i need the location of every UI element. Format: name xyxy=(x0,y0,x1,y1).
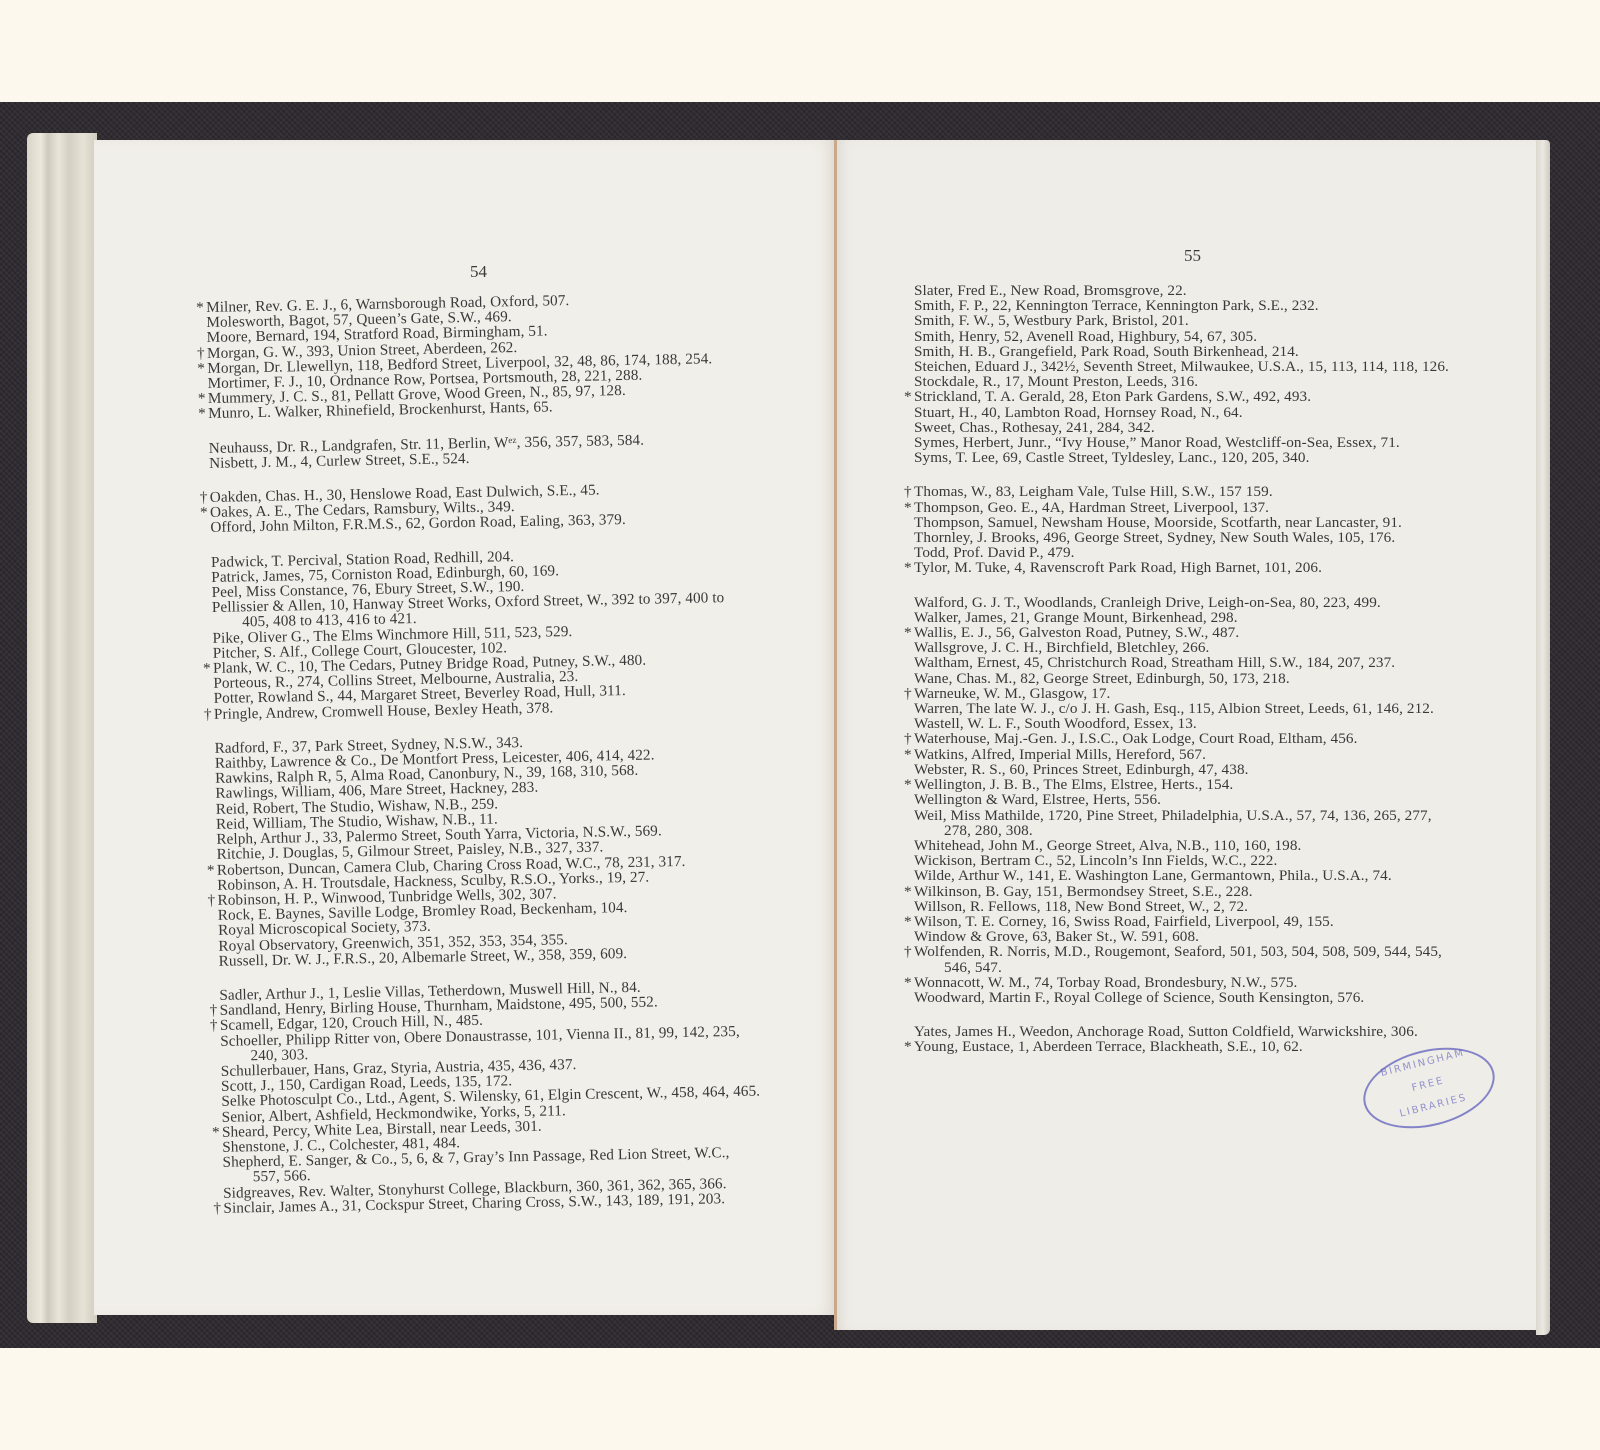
entry-text: Syms, T. Lee, 69, Castle Street, Tyldesl… xyxy=(914,449,1309,466)
list-item: Wane, Chas. M., 82, George Street, Edinb… xyxy=(914,671,1449,686)
dagger-marker: † xyxy=(210,1003,218,1018)
section-gap xyxy=(914,465,1449,484)
list-item: Weil, Miss Mathilde, 1720, Pine Street, … xyxy=(914,808,1449,838)
entry-list: *Milner, Rev. G. E. J., 6, Warnsborough … xyxy=(206,290,762,1216)
list-item: †Thomas, W., 83, Leigham Vale, Tulse Hil… xyxy=(914,484,1449,499)
asterisk-marker: * xyxy=(198,406,206,421)
dagger-marker: † xyxy=(207,893,215,908)
list-item: Todd, Prof. David P., 479. xyxy=(914,545,1449,560)
list-item: *Tylor, M. Tuke, 4, Ravenscroft Park Roa… xyxy=(914,560,1449,575)
asterisk-marker: * xyxy=(212,1125,220,1140)
entry-text: Tylor, M. Tuke, 4, Ravenscroft Park Road… xyxy=(914,559,1322,576)
dagger-marker: † xyxy=(904,484,912,499)
section-gap xyxy=(914,1005,1449,1024)
dagger-marker: † xyxy=(904,686,912,701)
right-page: 55 Slater, Fred E., New Road, Bromsgrove… xyxy=(836,140,1536,1330)
dagger-marker: † xyxy=(904,731,912,746)
list-item: Warren, The late W. J., c/o J. H. Gash, … xyxy=(914,701,1449,716)
section-gap xyxy=(914,576,1449,595)
list-item: *Wallis, E. J., 56, Galveston Road, Putn… xyxy=(914,625,1449,640)
list-item: Slater, Fred E., New Road, Bromsgrove, 2… xyxy=(914,283,1449,298)
asterisk-marker: * xyxy=(904,625,912,640)
list-item: Window & Grove, 63, Baker St., W. 591, 6… xyxy=(914,929,1449,944)
asterisk-marker: * xyxy=(904,1039,912,1054)
list-item: Woodward, Martin F., Royal College of Sc… xyxy=(914,990,1449,1005)
entry-text: Weil, Miss Mathilde, 1720, Pine Street, … xyxy=(914,807,1432,824)
list-item: Waltham, Ernest, 45, Christchurch Road, … xyxy=(914,655,1449,670)
list-item: Smith, F. P., 22, Kennington Terrace, Ke… xyxy=(914,298,1449,313)
list-item: Wastell, W. L. F., South Woodford, Essex… xyxy=(914,716,1449,731)
list-item: Syms, T. Lee, 69, Castle Street, Tyldesl… xyxy=(914,450,1449,465)
asterisk-marker: * xyxy=(904,500,912,515)
asterisk-marker: * xyxy=(198,391,206,406)
list-item: Walker, James, 21, Grange Mount, Birkenh… xyxy=(914,610,1449,625)
list-item: *Wilkinson, B. Gay, 151, Bermondsey Stre… xyxy=(914,884,1449,899)
list-item: Symes, Herbert, Junr., “Ivy House,” Mano… xyxy=(914,435,1449,450)
entry-continuation: 546, 547. xyxy=(914,960,1449,975)
list-item: Thompson, Samuel, Newsham House, Moorsid… xyxy=(914,515,1449,530)
list-item: *Watkins, Alfred, Imperial Mills, Herefo… xyxy=(914,747,1449,762)
dagger-marker: † xyxy=(210,1018,218,1033)
dagger-marker: † xyxy=(213,1201,221,1216)
list-item: *Wonnacott, W. M., 74, Torbay Road, Bron… xyxy=(914,975,1449,990)
list-item: *Strickland, T. A. Gerald, 28, Eton Park… xyxy=(914,389,1449,404)
asterisk-marker: * xyxy=(904,975,912,990)
list-item: Stockdale, R., 17, Mount Preston, Leeds,… xyxy=(914,374,1449,389)
list-item: *Thompson, Geo. E., 4A, Hardman Street, … xyxy=(914,500,1449,515)
list-item: *Young, Eustace, 1, Aberdeen Terrace, Bl… xyxy=(914,1039,1449,1054)
book-gutter xyxy=(834,140,837,1330)
list-item: *Wellington, J. B. B., The Elms, Elstree… xyxy=(914,777,1449,792)
list-item: *Wilson, T. E. Corney, 16, Swiss Road, F… xyxy=(914,914,1449,929)
dagger-marker: † xyxy=(200,490,208,505)
list-item: Smith, H. B., Grangefield, Park Road, So… xyxy=(914,344,1449,359)
asterisk-marker: * xyxy=(200,505,208,520)
page-number: 55 xyxy=(1184,246,1201,266)
list-item: Wallsgrove, J. C. H., Birchfield, Bletch… xyxy=(914,640,1449,655)
asterisk-marker: * xyxy=(904,747,912,762)
dagger-marker: † xyxy=(204,707,212,722)
page-edges-right xyxy=(1536,140,1550,1335)
asterisk-marker: * xyxy=(196,300,204,315)
page-number: 54 xyxy=(470,262,487,282)
list-item: Whitehead, John M., George Street, Alva,… xyxy=(914,838,1449,853)
list-item: Wellington & Ward, Elstree, Herts, 556. xyxy=(914,792,1449,807)
entry-text: Wolfenden, R. Norris, M.D., Rougemont, S… xyxy=(914,943,1442,960)
list-item: Willson, R. Fellows, 118, New Bond Stree… xyxy=(914,899,1449,914)
list-item: Wickison, Bertram C., 52, Lincoln’s Inn … xyxy=(914,853,1449,868)
asterisk-marker: * xyxy=(207,862,215,877)
list-item: Smith, F. W., 5, Westbury Park, Bristol,… xyxy=(914,313,1449,328)
list-item: Thornley, J. Brooks, 496, George Street,… xyxy=(914,530,1449,545)
list-item: †Waterhouse, Maj.-Gen. J., I.S.C., Oak L… xyxy=(914,731,1449,746)
left-page: 54 *Milner, Rev. G. E. J., 6, Warnsborou… xyxy=(94,140,836,1315)
list-item: Smith, Henry, 52, Avenell Road, Highbury… xyxy=(914,329,1449,344)
entry-text: Young, Eustace, 1, Aberdeen Terrace, Bla… xyxy=(914,1038,1303,1055)
list-item: Wilde, Arthur W., 141, E. Washington Lan… xyxy=(914,868,1449,883)
asterisk-marker: * xyxy=(904,560,912,575)
dagger-marker: † xyxy=(904,944,912,959)
asterisk-marker: * xyxy=(203,661,211,676)
list-item: Sweet, Chas., Rothesay, 241, 284, 342. xyxy=(914,420,1449,435)
asterisk-marker: * xyxy=(904,884,912,899)
list-item: Stuart, H., 40, Lambton Road, Hornsey Ro… xyxy=(914,405,1449,420)
list-item: Yates, James H., Weedon, Anchorage Road,… xyxy=(914,1024,1449,1039)
list-item: Walford, G. J. T., Woodlands, Cranleigh … xyxy=(914,595,1449,610)
entry-text: Woodward, Martin F., Royal College of Sc… xyxy=(914,989,1364,1006)
page-edges-left xyxy=(27,133,97,1323)
asterisk-marker: * xyxy=(904,914,912,929)
dagger-marker: † xyxy=(197,346,205,361)
asterisk-marker: * xyxy=(197,361,205,376)
entry-continuation: 278, 280, 308. xyxy=(914,823,1449,838)
list-item: †Wolfenden, R. Norris, M.D., Rougemont, … xyxy=(914,944,1449,974)
list-item: Webster, R. S., 60, Princes Street, Edin… xyxy=(914,762,1449,777)
asterisk-marker: * xyxy=(904,389,912,404)
asterisk-marker: * xyxy=(904,777,912,792)
list-item: Steichen, Eduard J., 342½, Seventh Stree… xyxy=(914,359,1449,374)
list-item: †Warneuke, W. M., Glasgow, 17. xyxy=(914,686,1449,701)
entry-list: Slater, Fred E., New Road, Bromsgrove, 2… xyxy=(914,283,1449,1055)
